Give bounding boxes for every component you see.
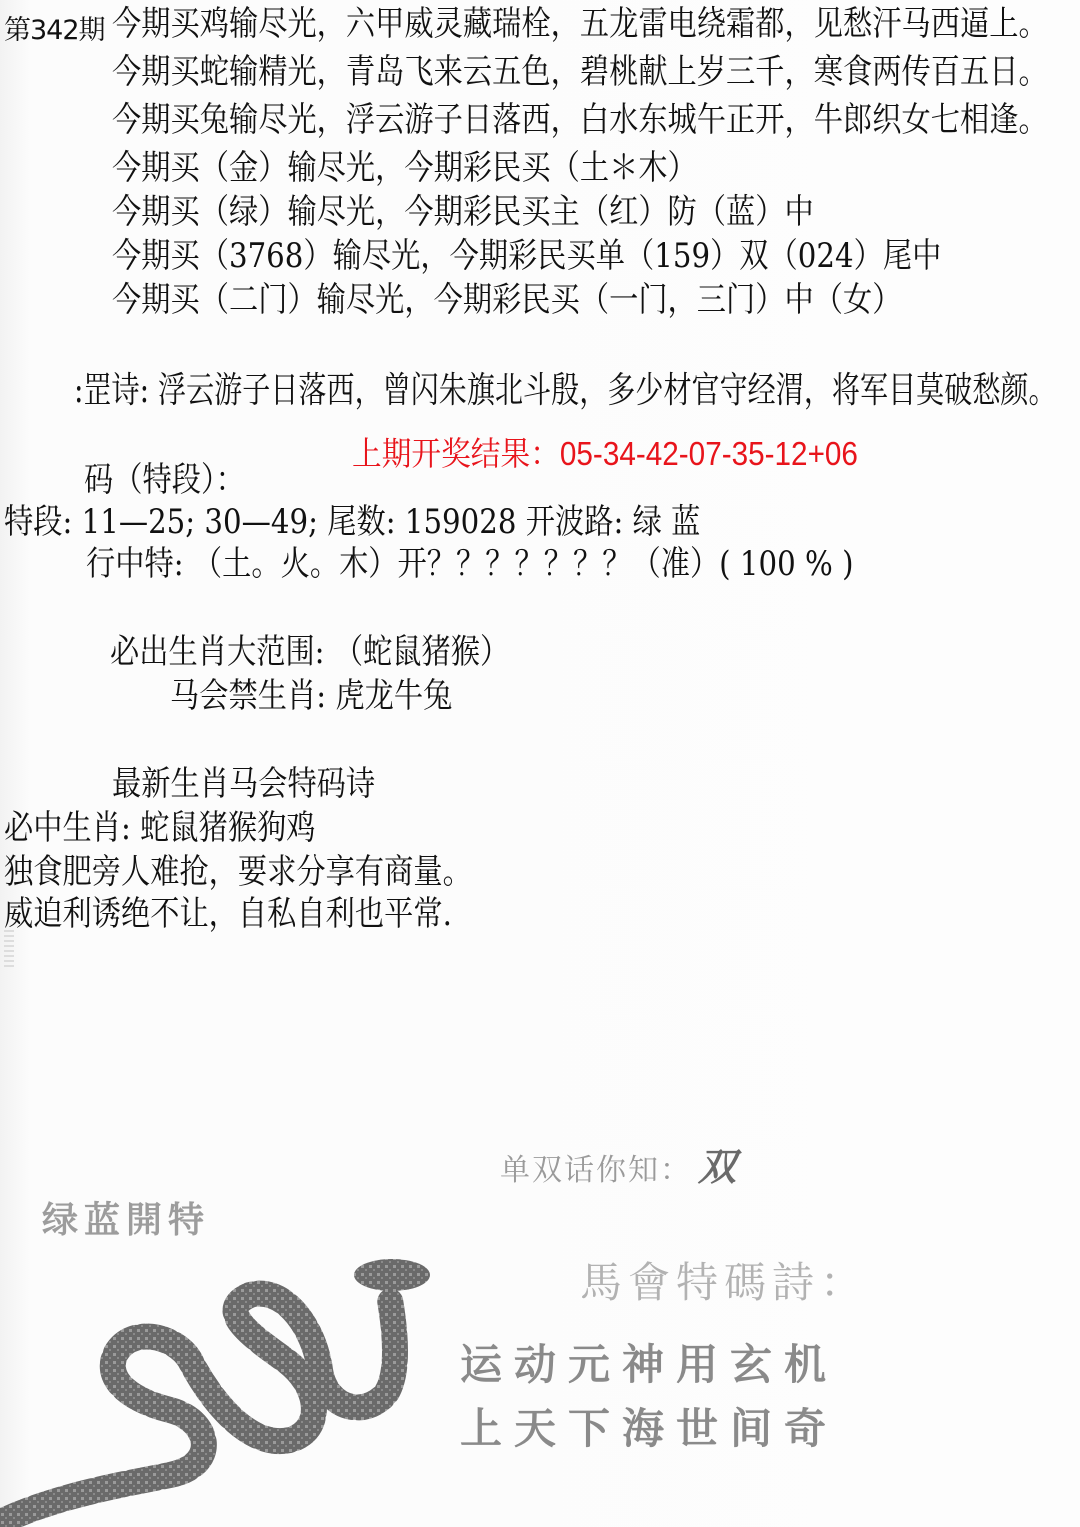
prediction-line: 今期买（绿）输尽光，今期彩民买主（红）防（蓝）中 xyxy=(112,192,814,232)
prediction-line: 今期买兔输尽光，浮云游子日落西，白水东城午正开，牛郎织女七相逢。 xyxy=(112,100,1048,140)
hk-poem-title: 馬會特碼詩： xyxy=(580,1250,868,1310)
snake-icon xyxy=(0,1240,460,1527)
verse-line: 威迫利诱绝不让，自私自利也平常. xyxy=(4,886,452,935)
odd-even-value: 双 xyxy=(698,1145,738,1189)
odd-even-label: 单双话你知： xyxy=(500,1153,692,1188)
scan-edge-mark xyxy=(4,930,14,970)
wave-open-label: 绿蓝開特 xyxy=(42,1192,210,1243)
last-result-numbers: 05-34-42-07-35-12+06 xyxy=(560,435,858,472)
banned-zodiac: 马会禁生肖: 虎龙牛兔 xyxy=(170,668,452,717)
must-zodiac: 必中生肖: 蛇鼠猪猴狗鸡 xyxy=(4,800,316,849)
odd-even-hint: 单双话你知：双 xyxy=(500,1136,738,1191)
prediction-line: 今期买（3768）输尽光，今期彩民买单（159）双（024）尾中 xyxy=(112,236,941,276)
issue-number: 第342期 xyxy=(4,8,105,47)
last-result-label: 上期开奖结果： xyxy=(352,435,560,472)
must-zodiac-range: 必出生肖大范围: （蛇鼠猪猴） xyxy=(110,624,509,673)
hk-verse-line: 上天下海世间奇 xyxy=(460,1396,838,1456)
poem-line: :罡诗: 浮云游子日落西，曾闪朱旗北斗殷，多少材官守经渭，将军目莫破愁颜。 xyxy=(74,362,1057,413)
prediction-line: 今期买蛇输精光，青岛飞来云五色，碧桃献上岁三千，寒食两传百五日。 xyxy=(112,52,1048,92)
prediction-line: 今期买（二门）输尽光，今期彩民买（一门，三门）中（女） xyxy=(112,280,901,320)
prediction-line: 今期买鸡输尽光，六甲威灵藏瑞栓，五龙雷电绕霜都，见愁汗马西逼上。 xyxy=(112,4,1048,44)
last-result: 上期开奖结果：05-34-42-07-35-12+06 xyxy=(352,428,858,475)
prediction-line: 今期买（金）输尽光，今期彩民买（土＊木） xyxy=(112,148,697,188)
hk-verse-line: 运动元神用玄机 xyxy=(460,1332,838,1392)
wuxing-line: 行中特: （土。火。木）开？？？？？？？（准）( 100 % ) xyxy=(86,536,853,585)
newest-poem-title: 最新生肖马会特码诗 xyxy=(112,756,375,805)
